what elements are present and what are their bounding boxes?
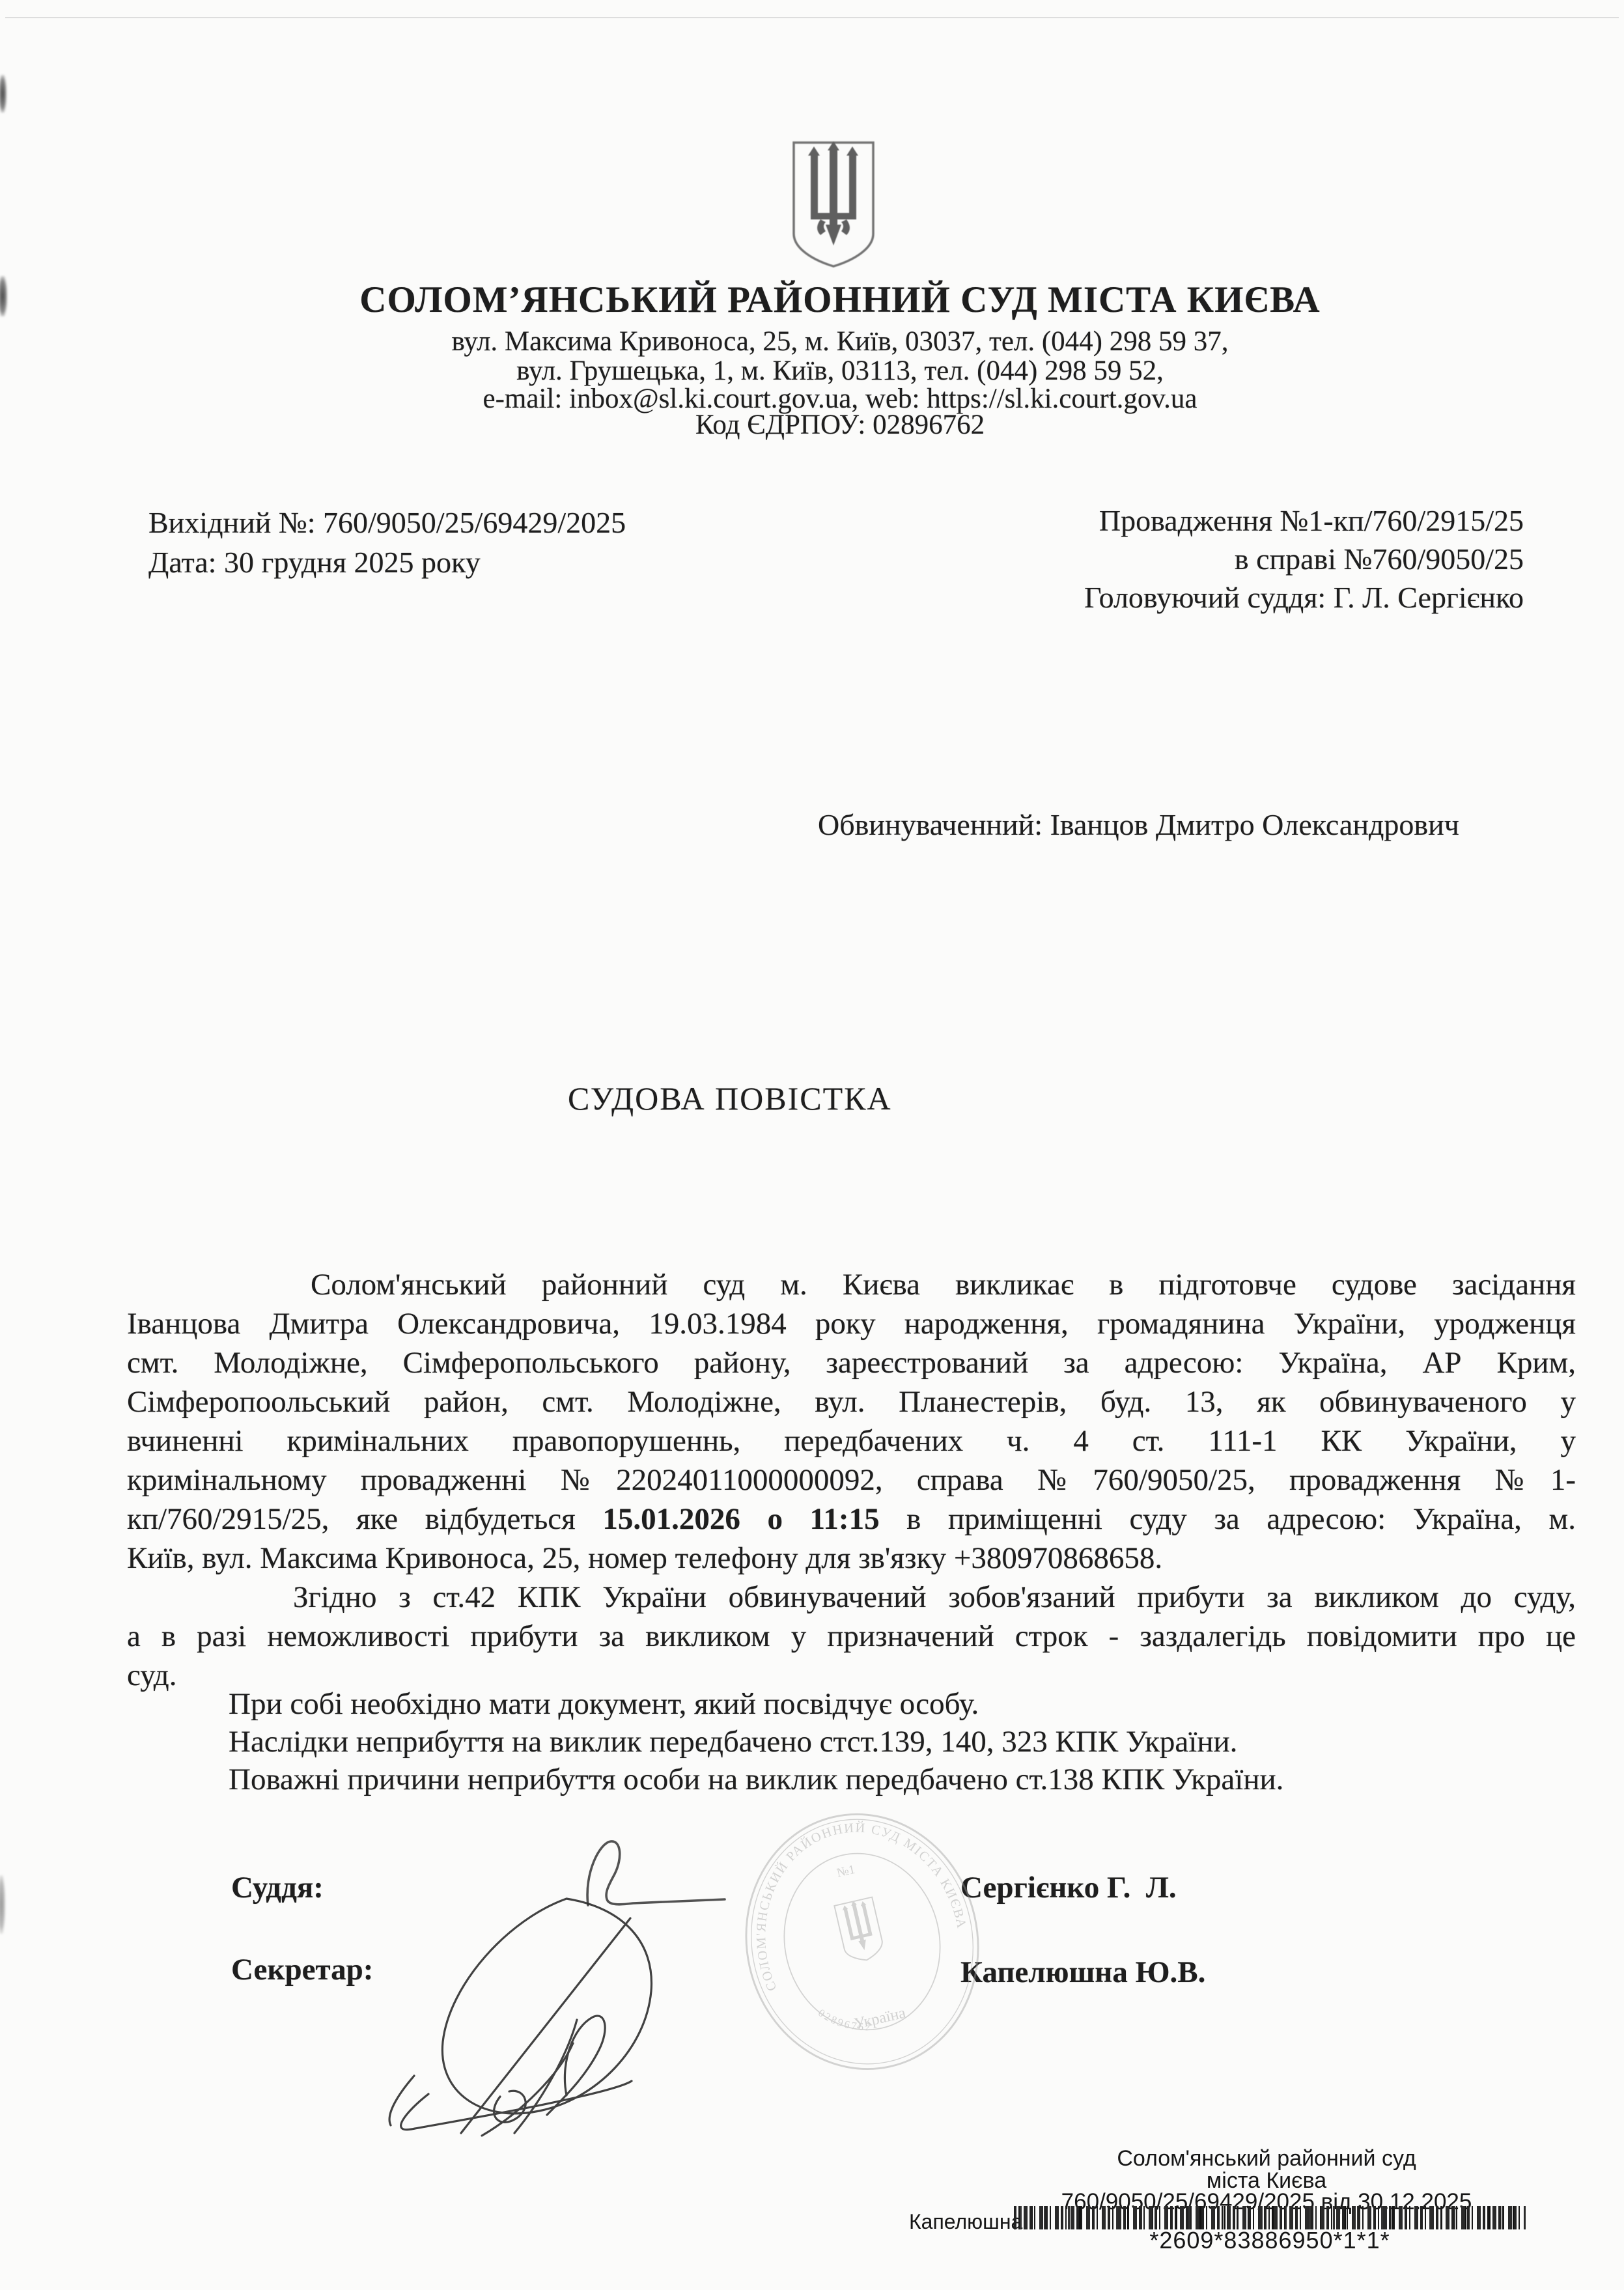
judge-label: Суддя: bbox=[231, 1870, 324, 1905]
scan-smudge bbox=[0, 1875, 5, 1934]
court-address-line2: вул. Грушецька, 1, м. Київ, 03113, тел. … bbox=[59, 355, 1621, 387]
judge-name: Сергієнко Г. Л. bbox=[960, 1870, 1177, 1905]
scan-smudge bbox=[0, 276, 7, 316]
outgoing-date: Дата: 30 грудня 2025 року bbox=[148, 542, 800, 582]
case-number: в справі №760/9050/25 bbox=[944, 540, 1524, 578]
hearing-line-post: в приміщенні суду за адресою: Україна, м… bbox=[880, 1502, 1576, 1536]
body-line: Сімферопоольський район, смт. Молодіжне,… bbox=[127, 1382, 1576, 1421]
body-line: смт. Молодіжне, Сімферопольського району… bbox=[127, 1343, 1576, 1382]
presiding-judge: Головуючий суддя: Г. Л. Сергієнко bbox=[944, 578, 1524, 617]
court-edrpou-line: Код ЄДРПОУ: 02896762 bbox=[59, 409, 1621, 441]
body-line: Солом'янський районний суд м. Києва викл… bbox=[127, 1265, 1576, 1304]
court-summons-scan: СОЛОМ’ЯНСЬКИЙ РАЙОННИЙ СУД МІСТА КИЄВА в… bbox=[0, 0, 1624, 2290]
body-line: Київ, вул. Максима Кривоноса, 25, номер … bbox=[127, 1539, 1576, 1578]
body-line: кримінальному провадженні №2202401100000… bbox=[127, 1460, 1576, 1500]
body-line-hearing: кп/760/2915/25, яке відбудеться 15.01.20… bbox=[127, 1500, 1576, 1539]
stamp-ring-text: СОЛОМ'ЯНСЬКИЙ РАЙОННИЙ СУД МІСТА КИЄВА bbox=[730, 1799, 973, 1993]
svg-text:СОЛОМ'ЯНСЬКИЙ РАЙОННИЙ СУД МІС: СОЛОМ'ЯНСЬКИЙ РАЙОННИЙ СУД МІСТА КИЄВА bbox=[730, 1799, 973, 1993]
accused-line: Обвинуваченний: Іванцов Дмитро Олександр… bbox=[818, 807, 1459, 842]
stamp-trident-icon bbox=[834, 1897, 886, 1964]
stamp-number: №1 bbox=[835, 1863, 856, 1880]
document-barcode bbox=[1014, 2206, 1526, 2229]
notice-line: Наслідки неприбуття на виклик передбачен… bbox=[127, 1723, 1576, 1761]
case-reference-block: Провадження №1-кп/760/2915/25 в справі №… bbox=[944, 501, 1524, 617]
scan-edge-line bbox=[5, 17, 1619, 18]
outgoing-reference-block: Вихідний №: 760/9050/25/69429/2025 Дата:… bbox=[148, 503, 800, 582]
scan-smudge bbox=[0, 75, 7, 113]
notice-line: Поважні причини неприбуття особи на викл… bbox=[127, 1761, 1576, 1798]
summons-paragraph-2: Згідно з ст.42 КПК України обвинувачений… bbox=[127, 1578, 1576, 1695]
body-line: а в разі неможливості прибути за виклико… bbox=[127, 1617, 1576, 1656]
body-line: вчиненні кримінальних правопорушеннь, пе… bbox=[127, 1421, 1576, 1460]
outgoing-number: Вихідний №: 760/9050/25/69429/2025 bbox=[148, 503, 800, 542]
notice-line: При собі необхідно мати документ, який п… bbox=[127, 1685, 1576, 1723]
barcode-text: *2609*83886950*1*1* bbox=[1014, 2227, 1526, 2254]
hearing-line-pre: кп/760/2915/25, яке відбудеться bbox=[127, 1502, 602, 1536]
summons-paragraph-1: Солом'янський районний суд м. Києва викл… bbox=[127, 1265, 1576, 1578]
body-line: Згідно з ст.42 КПК України обвинувачений… bbox=[127, 1578, 1576, 1617]
hearing-date-time: 15.01.2026 о 11:15 bbox=[602, 1502, 879, 1536]
summons-notices: При собі необхідно мати документ, який п… bbox=[127, 1685, 1576, 1798]
ukraine-trident-emblem-icon bbox=[785, 139, 882, 269]
document-title: СУДОВА ПОВІСТКА bbox=[568, 1080, 892, 1117]
body-line: Іванцова Дмитра Олександровича, 19.03.19… bbox=[127, 1304, 1576, 1343]
proceeding-number: Провадження №1-кп/760/2915/25 bbox=[944, 501, 1524, 540]
court-address-line1: вул. Максима Кривоноса, 25, м. Київ, 030… bbox=[59, 326, 1621, 357]
court-name: СОЛОМ’ЯНСЬКИЙ РАЙОННИЙ СУД МІСТА КИЄВА bbox=[59, 279, 1621, 321]
footer-secretary-name: Капелюшна bbox=[909, 2210, 1022, 2234]
